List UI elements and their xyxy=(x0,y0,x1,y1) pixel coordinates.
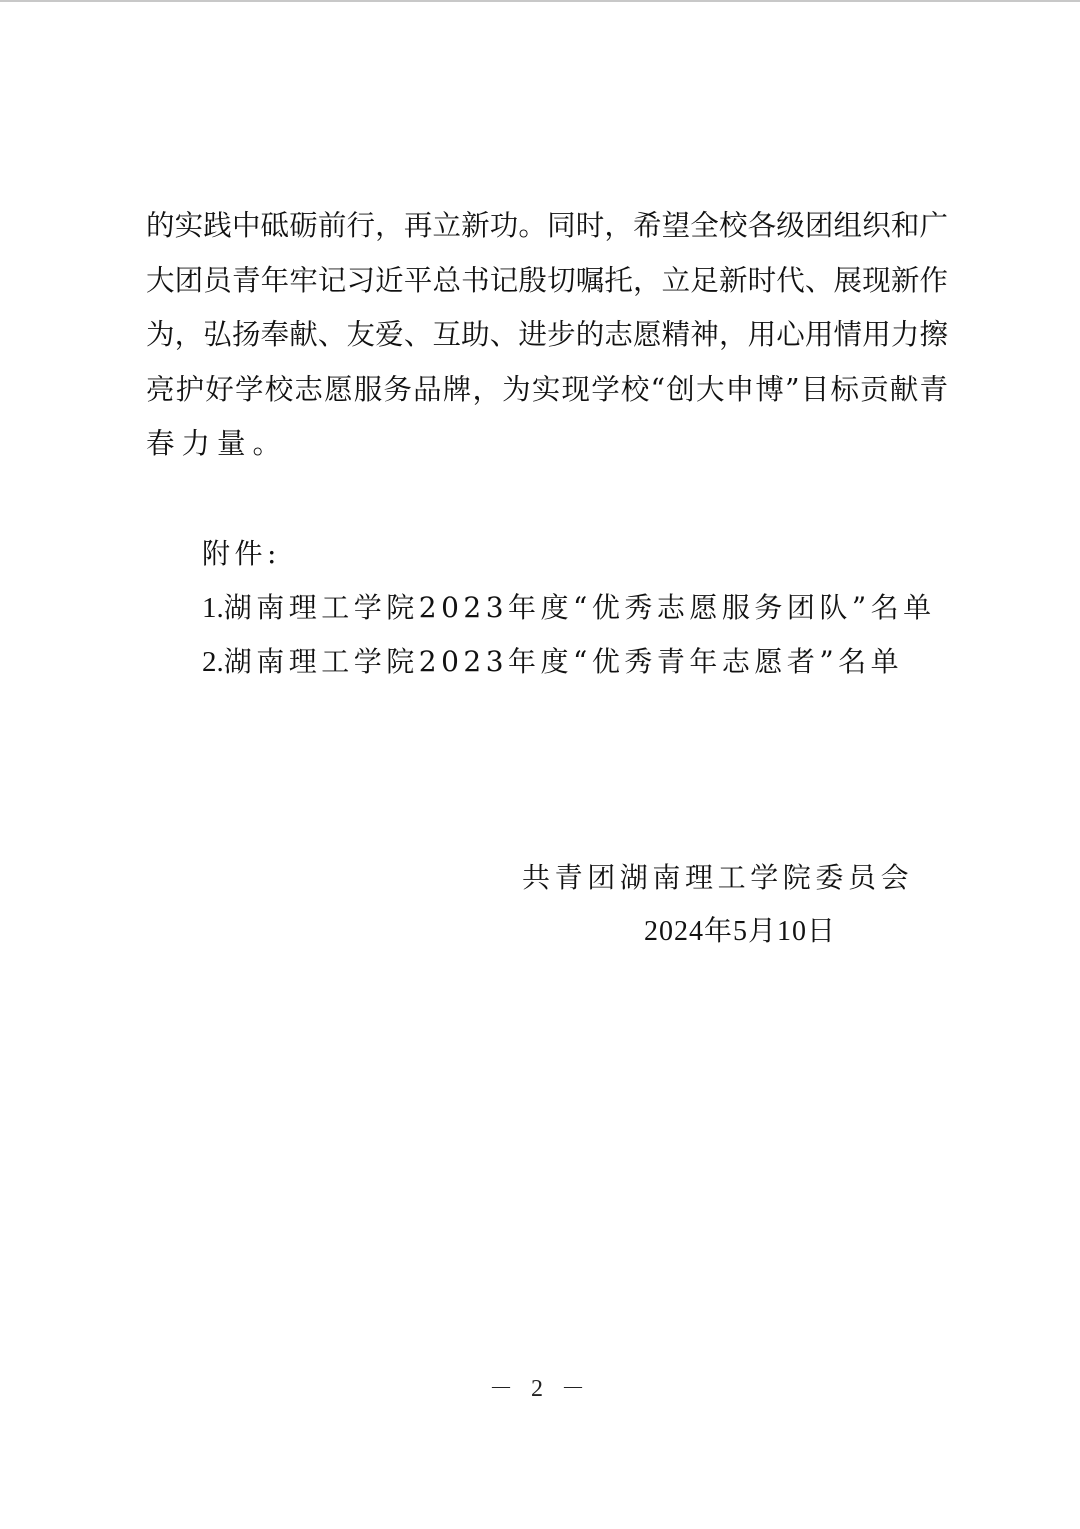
paragraph-line: 亮护好学校志愿服务品牌，为实现学校“创大申博”目标贡献青 xyxy=(146,368,948,423)
attachments-label: 附件: xyxy=(202,532,936,586)
body-paragraph: 的实践中砥砺前行，再立新功。同时，希望全校各级团组织和广 大团员青年牢记习近平总… xyxy=(146,204,948,477)
paragraph-line: 春力量。 xyxy=(146,422,948,477)
paragraph-line: 大团员青年牢记习近平总书记殷切嘱托，立足新时代、展现新作 xyxy=(146,259,948,314)
attachment-title: 湖南理工学院2023年度“优秀志愿服务团队”名单 xyxy=(224,591,936,624)
attachment-number: 2. xyxy=(202,646,224,678)
signature-organization: 共青团湖南理工学院委员会 xyxy=(522,856,913,900)
attachment-item-1: 1.湖南理工学院2023年度“优秀志愿服务团队”名单 xyxy=(202,586,936,640)
paragraph-line: 为，弘扬奉献、友爱、互助、进步的志愿精神，用心用情用力擦 xyxy=(146,313,948,368)
signature-date: 2024年5月10日 xyxy=(644,910,836,954)
attachment-item-2: 2.湖南理工学院2023年度“优秀青年志愿者”名单 xyxy=(202,640,936,694)
attachment-number: 1. xyxy=(202,592,224,624)
paragraph-line: 的实践中砥砺前行，再立新功。同时，希望全校各级团组织和广 xyxy=(146,204,948,259)
page-number: － 2 － xyxy=(0,1372,1080,1406)
top-border-rule xyxy=(0,0,1080,2)
attachments-section: 附件: 1.湖南理工学院2023年度“优秀志愿服务团队”名单 2.湖南理工学院2… xyxy=(202,532,936,694)
attachment-title: 湖南理工学院2023年度“优秀青年志愿者”名单 xyxy=(224,645,903,678)
